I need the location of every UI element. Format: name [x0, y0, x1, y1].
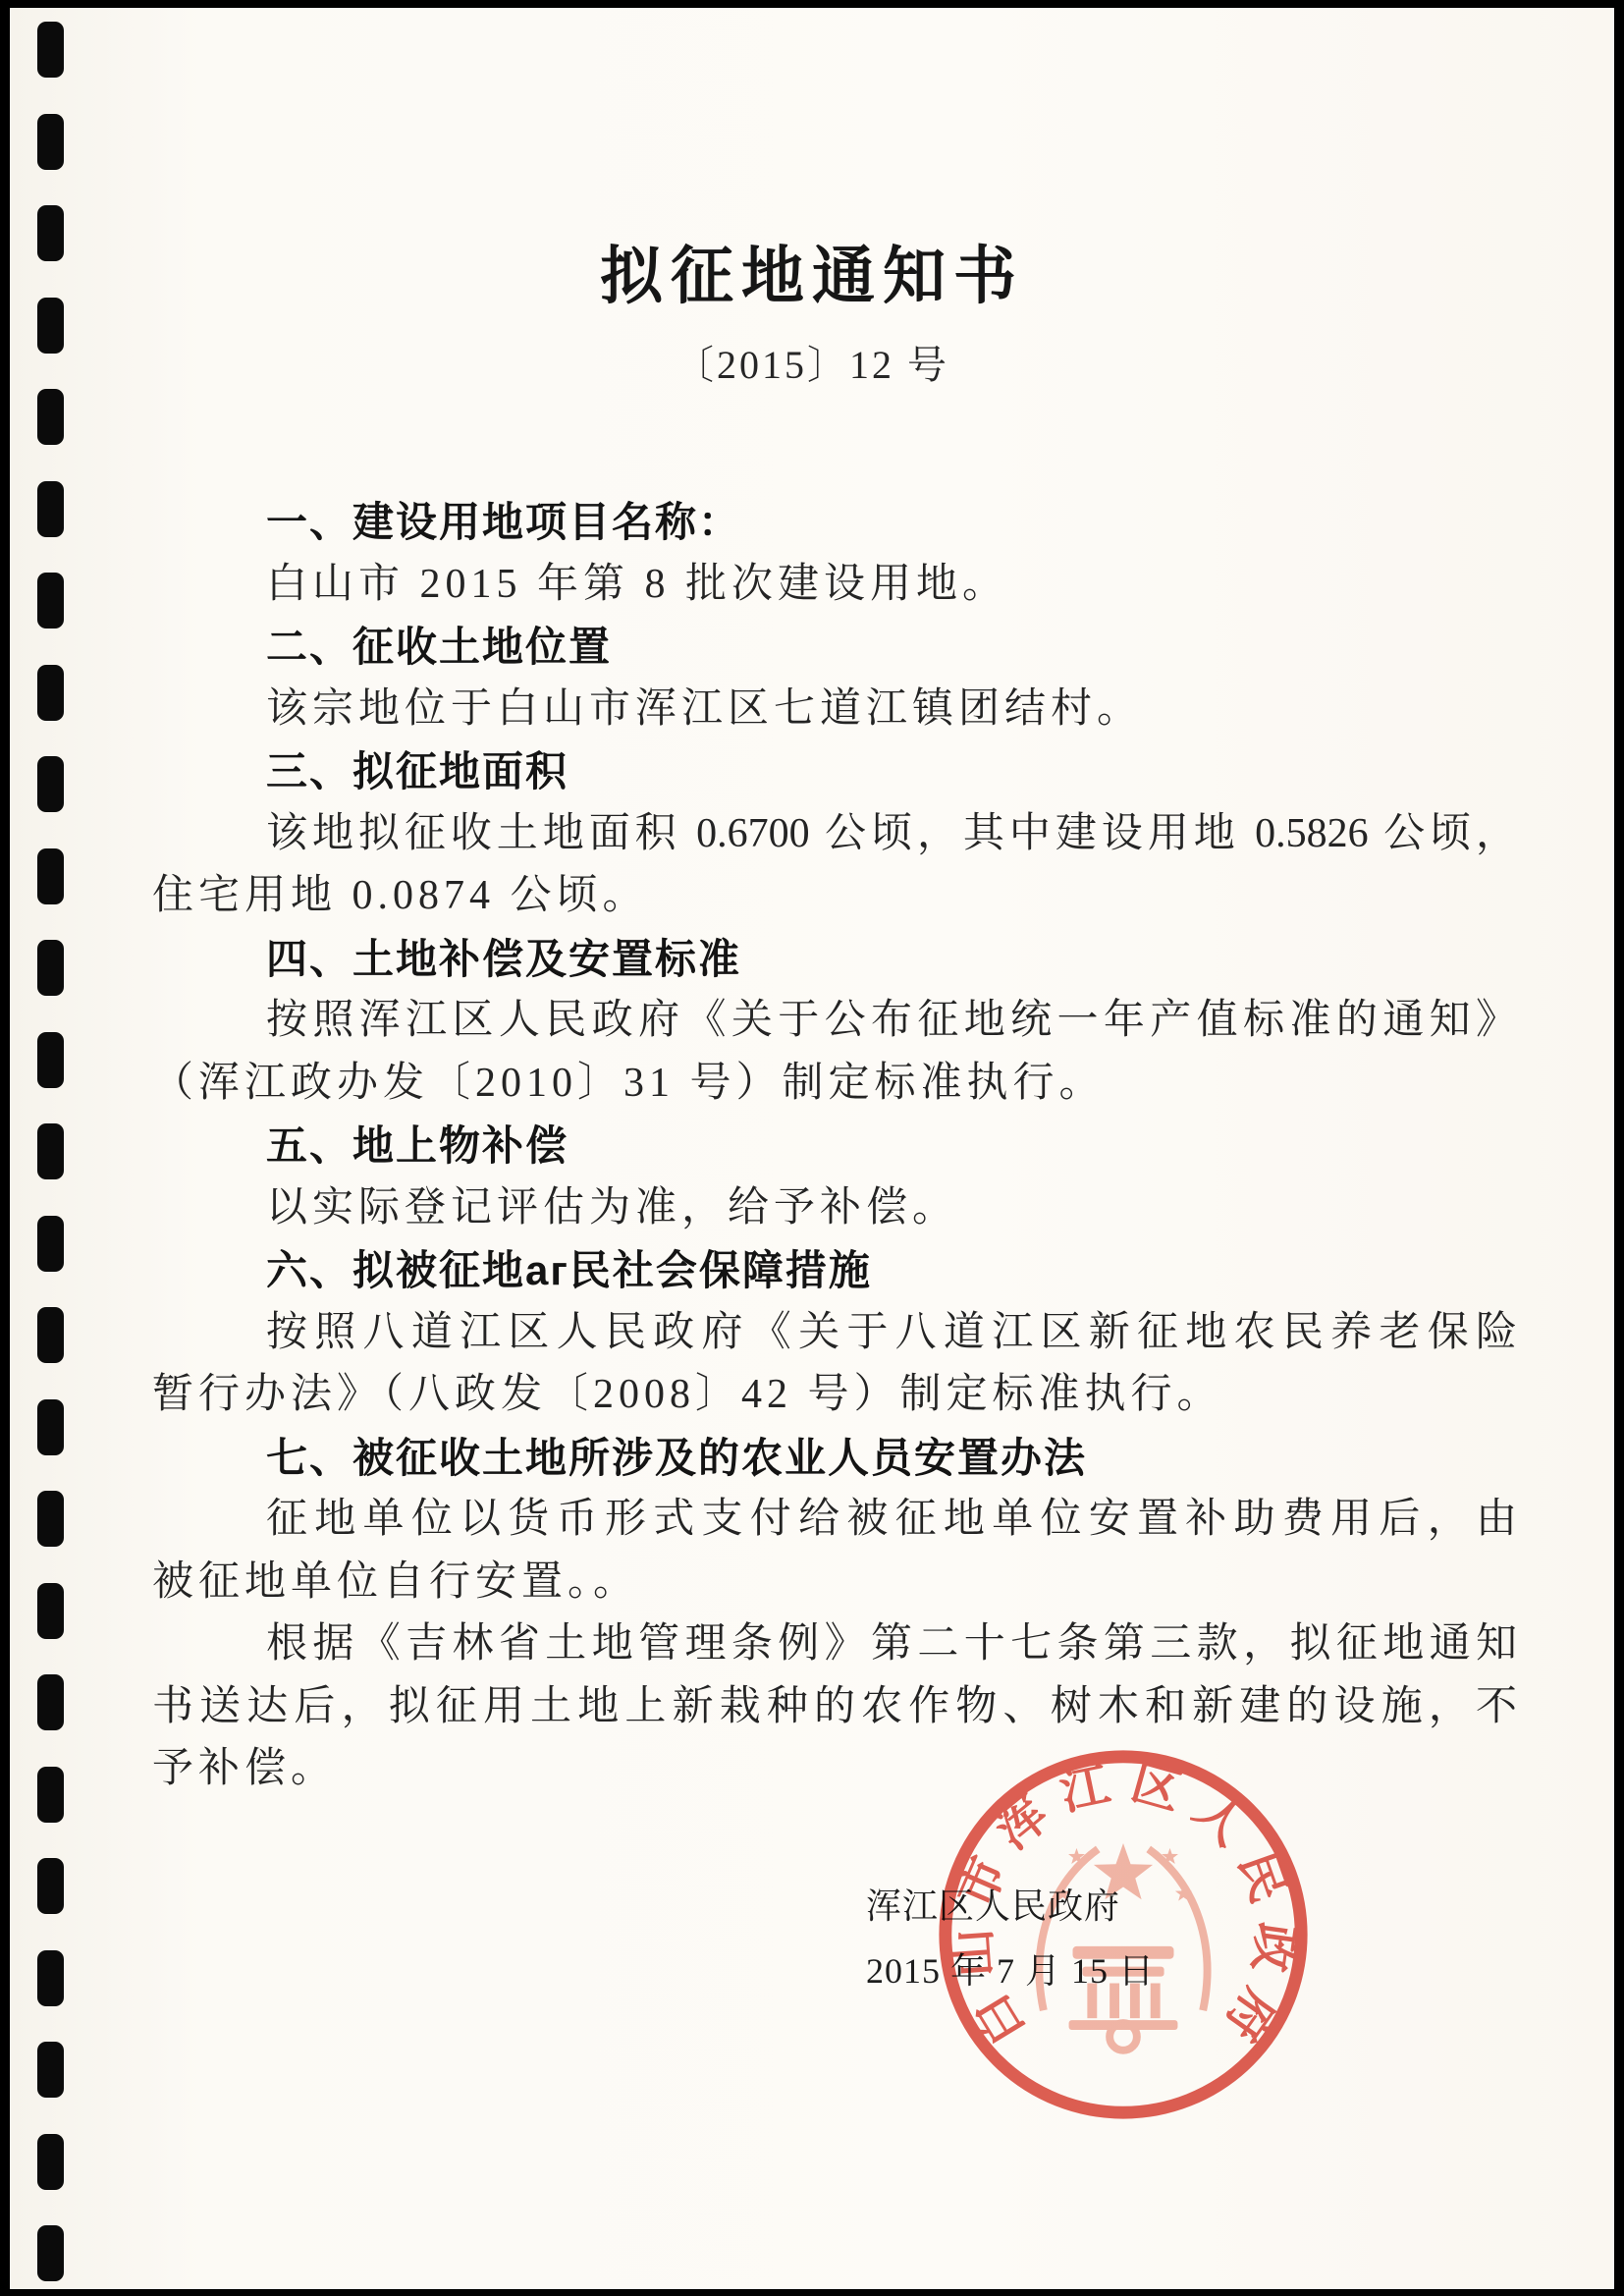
section-heading: 五、地上物补偿 [152, 1115, 1517, 1177]
body-line: 以实际登记评估为准，给予补偿。 [152, 1177, 1517, 1240]
binding-punch-mark [37, 1491, 64, 1547]
binding-punch-mark [37, 22, 64, 78]
binding-punch-mark [37, 389, 64, 445]
page-title: 拟征地通知书 [10, 226, 1614, 299]
binding-punch-mark [37, 1767, 64, 1823]
binding-punch-mark [37, 2042, 64, 2098]
document-number: 〔2015〕12 号 [10, 334, 1614, 389]
binding-punch-mark [37, 1032, 64, 1088]
binding-punch-mark [37, 1399, 64, 1455]
binding-punch-mark [37, 1858, 64, 1914]
body-line: 住宅用地 0.0874 公顷。 [152, 865, 1517, 928]
body-line: 该宗地位于白山市浑江区七道江镇团结村。 [152, 679, 1517, 741]
binding-punch-mark [37, 1216, 64, 1272]
binding-punch-mark [37, 2134, 64, 2190]
paper-sheet: 拟征地通知书 〔2015〕12 号 一、建设用地项目名称：白山市 2015 年第… [10, 8, 1614, 2289]
section-heading: 六、拟被征地аг民社会保障措施 [152, 1239, 1517, 1302]
binding-punch-mark [37, 114, 64, 170]
binding-punch-mark [37, 848, 64, 904]
section-heading: 七、被征收土地所涉及的农业人员安置办法 [152, 1427, 1517, 1490]
official-seal-stamp: 白山市浑江区人民政府 [929, 1740, 1318, 2129]
binding-punch-mark [37, 1123, 64, 1179]
body-line: 书送达后，拟征用土地上新栽种的农作物、树木和新建的设施，不 [152, 1676, 1517, 1739]
section-heading: 一、建设用地项目名称： [152, 491, 1517, 554]
binding-punch-mark [37, 1307, 64, 1363]
binding-punch-mark [37, 940, 64, 996]
body-line: 暂行办法》（八政发〔2008〕42 号）制定标准执行。 [152, 1364, 1517, 1427]
binding-punch-mark [37, 665, 64, 721]
binding-punch-mark [37, 481, 64, 537]
body-line: 征地单位以货币形式支付给被征地单位安置补助费用后，由 [152, 1489, 1517, 1552]
body-line: 按照浑江区人民政府《关于公布征地统一年产值标准的通知》 [152, 990, 1517, 1053]
body-line: （浑江政办发〔2010〕31 号）制定标准执行。 [152, 1053, 1517, 1116]
binding-punch-mark [37, 1950, 64, 2006]
body-line: 白山市 2015 年第 8 批次建设用地。 [152, 554, 1517, 617]
section-heading: 二、征收土地位置 [152, 616, 1517, 679]
binding-punch-mark [37, 573, 64, 629]
binding-punch-mark [37, 1674, 64, 1730]
body-line: 按照八道江区人民政府《关于八道江区新征地农民养老保险 [152, 1302, 1517, 1365]
body-line: 根据《吉林省土地管理条例》第二十七条第三款，拟征地通知 [152, 1613, 1517, 1676]
body-line: 该地拟征收土地面积 0.6700 公顷，其中建设用地 0.5826 公顷， [152, 803, 1517, 866]
binding-punch-mark [37, 756, 64, 812]
binding-punch-mark [37, 1583, 64, 1639]
body-lines: 一、建设用地项目名称：白山市 2015 年第 8 批次建设用地。二、征收土地位置… [152, 491, 1517, 1801]
seal-emblem [1040, 1843, 1208, 2050]
binding-punch-mark [37, 2225, 64, 2281]
scanned-page: { "page": { "title": "拟征地通知书", "doc_numb… [0, 0, 1624, 2296]
body-line: 被征地单位自行安置。。 [152, 1552, 1517, 1614]
section-heading: 四、土地补偿及安置标准 [152, 928, 1517, 991]
section-heading: 三、拟征地面积 [152, 740, 1517, 803]
